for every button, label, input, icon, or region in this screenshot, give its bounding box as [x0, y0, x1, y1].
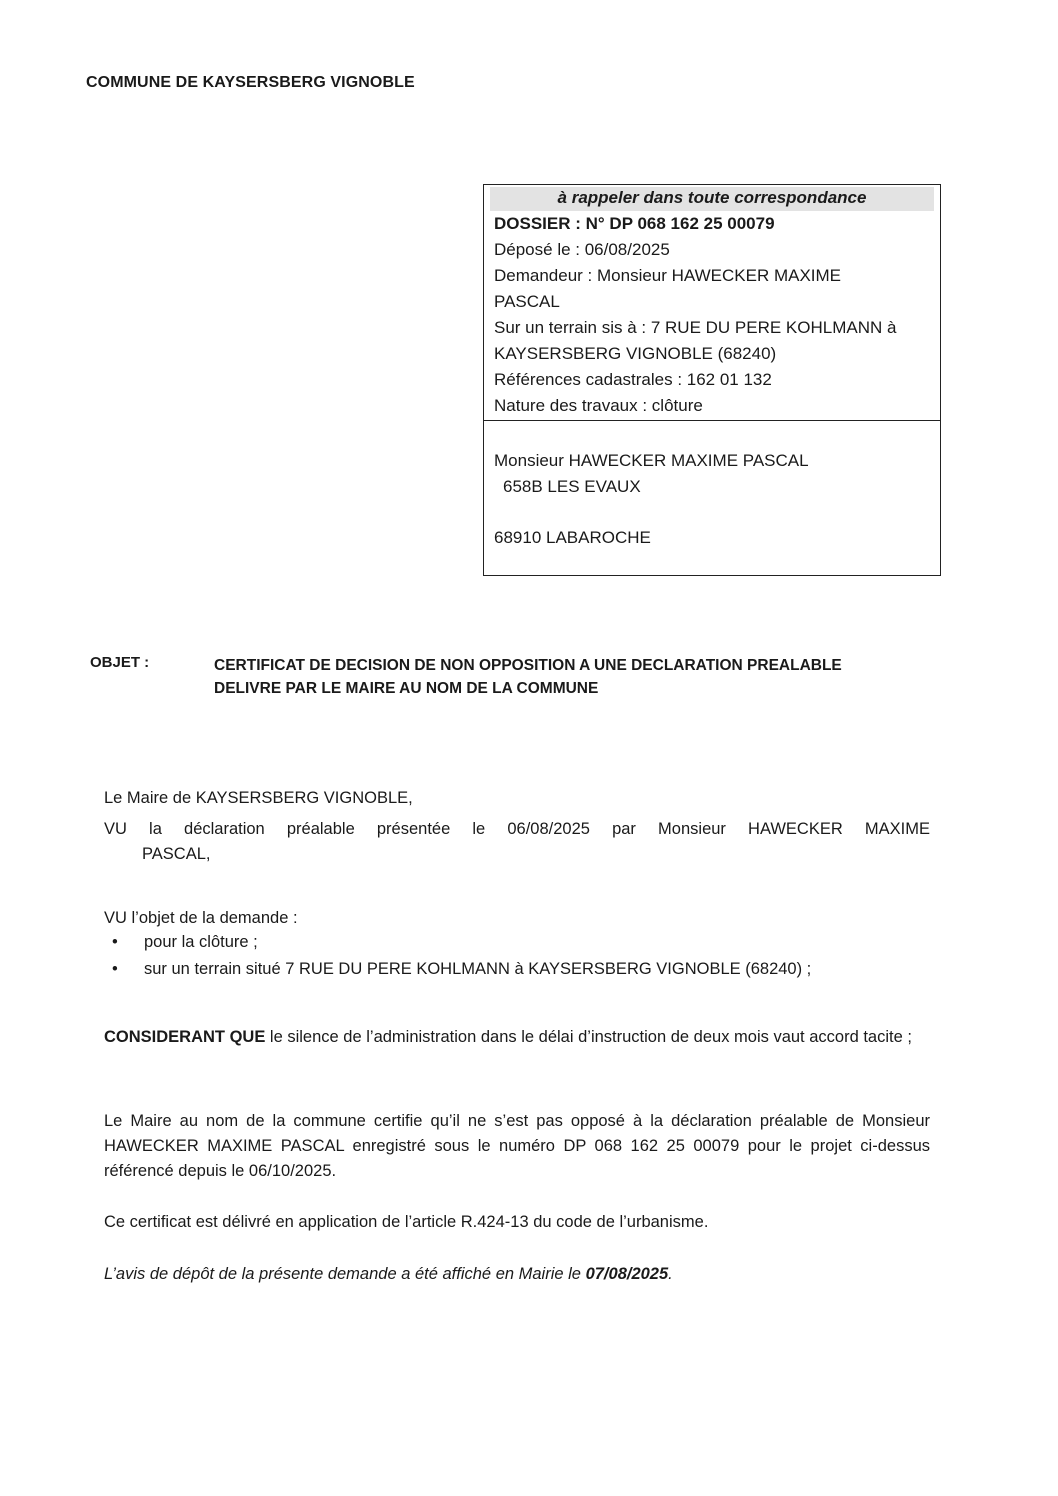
avis-paragraph: L’avis de dépôt de la présente demande a…: [104, 1262, 930, 1287]
avis-date: 07/08/2025: [586, 1265, 669, 1283]
considerant-keyword: CONSIDERANT QUE: [104, 1028, 265, 1046]
vu-declaration-line2: PASCAL,: [104, 842, 930, 867]
cadastral-references: Références cadastrales : 162 01 132: [494, 370, 772, 390]
bullet-icon: •: [112, 933, 118, 952]
bullet-item: pour la clôture ;: [144, 933, 258, 952]
bullet-item: sur un terrain situé 7 RUE DU PERE KOHLM…: [144, 960, 811, 979]
work-nature: Nature des travaux : clôture: [494, 396, 703, 416]
avis-text: L’avis de dépôt de la présente demande a…: [104, 1265, 586, 1283]
article-paragraph: Ce certificat est délivré en application…: [104, 1210, 930, 1235]
applicant-line2: PASCAL: [494, 292, 560, 312]
certification-paragraph: Le Maire au nom de la commune certifie q…: [104, 1109, 930, 1184]
land-address-line2: KAYSERSBERG VIGNOBLE (68240): [494, 344, 776, 364]
vu-declaration-line1: VU la déclaration préalable présentée le…: [104, 817, 930, 842]
land-address-line1: Sur un terrain sis à : 7 RUE DU PERE KOH…: [494, 318, 896, 338]
box-divider: [484, 420, 940, 421]
objet-line1: CERTIFICAT DE DECISION DE NON OPPOSITION…: [214, 654, 842, 677]
avis-end: .: [668, 1265, 673, 1283]
maire-intro: Le Maire de KAYSERSBERG VIGNOBLE,: [104, 786, 930, 811]
considerant-text: le silence de l’administration dans le d…: [265, 1028, 912, 1046]
vu-declaration: VU la déclaration préalable présentée le…: [104, 817, 930, 867]
dossier-number: DOSSIER : N° DP 068 162 25 00079: [494, 214, 775, 234]
recipient-city: 68910 LABAROCHE: [494, 528, 651, 548]
reminder-text: à rappeler dans toute correspondance: [484, 188, 940, 208]
recipient-street: 658B LES EVAUX: [503, 477, 641, 497]
reference-box: à rappeler dans toute correspondance DOS…: [483, 184, 941, 576]
applicant-line1: Demandeur : Monsieur HAWECKER MAXIME: [494, 266, 841, 286]
deposit-date: Déposé le : 06/08/2025: [494, 240, 670, 260]
vu-objet: VU l’objet de la demande :: [104, 906, 930, 931]
considerant-paragraph: CONSIDERANT QUE le silence de l’administ…: [104, 1025, 930, 1050]
objet-label: OBJET :: [90, 654, 149, 671]
recipient-name: Monsieur HAWECKER MAXIME PASCAL: [494, 451, 809, 471]
bullet-icon: •: [112, 960, 118, 979]
commune-header: COMMUNE DE KAYSERSBERG VIGNOBLE: [86, 74, 415, 92]
objet-line2: DELIVRE PAR LE MAIRE AU NOM DE LA COMMUN…: [214, 677, 842, 700]
objet-title: CERTIFICAT DE DECISION DE NON OPPOSITION…: [214, 654, 842, 700]
